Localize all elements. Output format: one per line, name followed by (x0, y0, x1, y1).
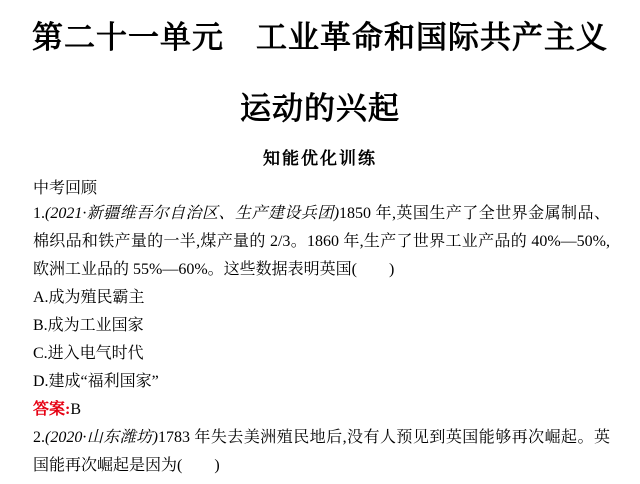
question-1-answer-line: 答案:B (33, 396, 610, 424)
section-header-review: 中考回顾 (33, 178, 610, 200)
answer-value: B (70, 401, 81, 418)
unit-title-line-2: 运动的兴起 (240, 91, 400, 126)
question-1-source: (2021·新疆维吾尔自治区、生产建设兵团) (45, 205, 339, 222)
question-1-option-a: A.成为殖民霸主 (33, 284, 610, 312)
question-1-number: 1. (33, 205, 45, 222)
question-1-option-c: C.进入电气时代 (33, 340, 610, 368)
question-1-option-b: B.成为工业国家 (33, 312, 610, 340)
question-1: 1.(2021·新疆维吾尔自治区、生产建设兵团)1850 年,英国生产了全世界金… (33, 200, 610, 284)
question-2-source: (2020·山东潍坊) (45, 429, 158, 446)
document-page: 第二十一单元 工业革命和国际共产主义 运动的兴起 知能优化训练 中考回顾 1.(… (0, 0, 640, 484)
answer-label: 答案: (33, 401, 70, 418)
subtitle-training: 知能优化训练 (0, 149, 640, 169)
question-2-number: 2. (33, 429, 45, 446)
question-1-option-d: D.建成“福利国家” (33, 368, 610, 396)
question-2: 2.(2020·山东潍坊)1783 年失去美洲殖民地后,没有人预见到英国能够再次… (33, 424, 610, 480)
unit-title: 第二十一单元 工业革命和国际共产主义 运动的兴起 (0, 2, 640, 144)
exercise-body: 1.(2021·新疆维吾尔自治区、生产建设兵团)1850 年,英国生产了全世界金… (33, 200, 610, 480)
unit-title-line-1: 第二十一单元 工业革命和国际共产主义 (32, 20, 608, 55)
